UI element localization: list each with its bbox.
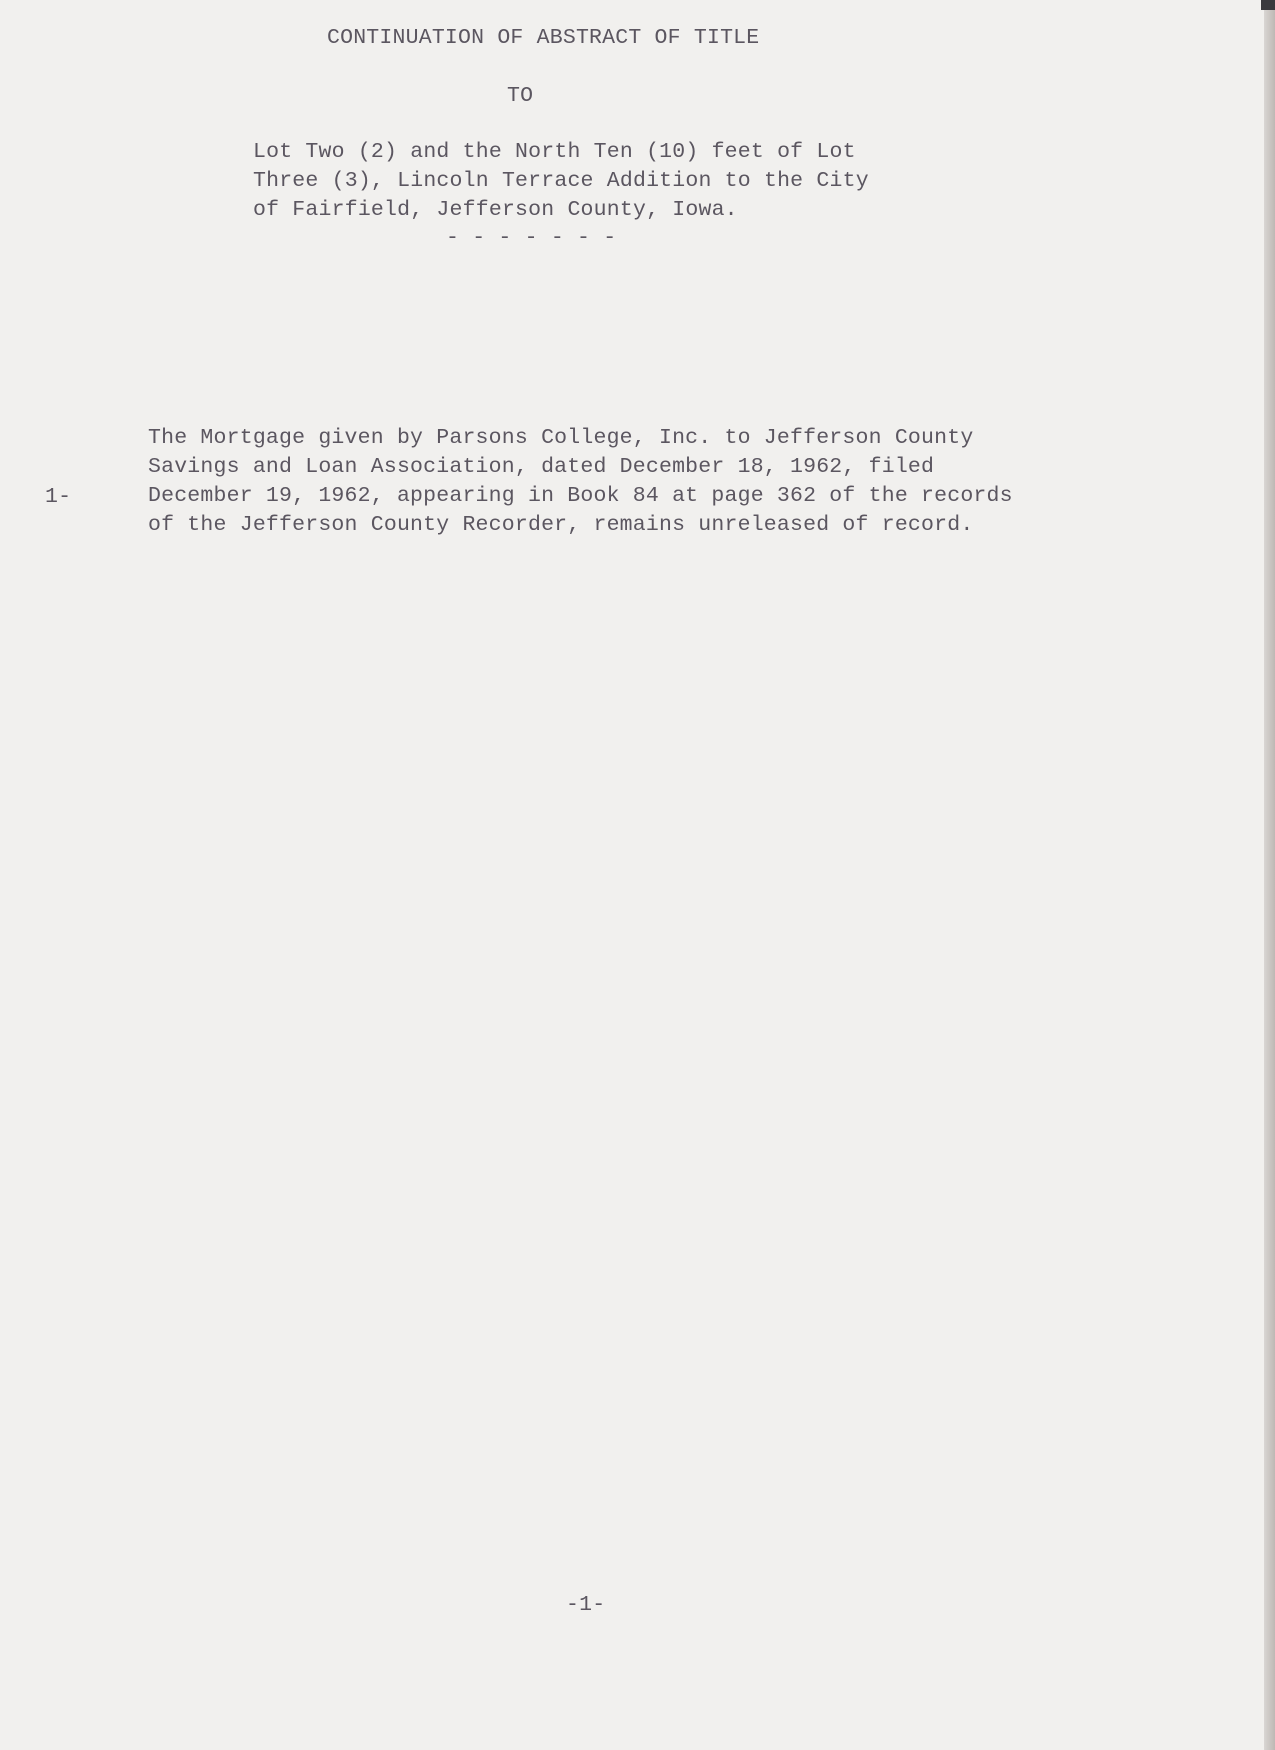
document-page: CONTINUATION OF ABSTRACT OF TITLE TO Lot…	[0, 0, 1264, 1750]
property-description-line: Lot Two (2) and the North Ten (10) feet …	[253, 142, 856, 164]
entry-text-line: December 19, 1962, appearing in Book 84 …	[148, 486, 1013, 508]
to-label: TO	[507, 86, 533, 108]
scan-corner	[1261, 0, 1275, 10]
entry-number: 1-	[45, 487, 71, 509]
separator-dashes: - - - - - - -	[446, 228, 616, 250]
entry-text-line: Savings and Loan Association, dated Dece…	[148, 457, 934, 479]
entry-text-line: The Mortgage given by Parsons College, I…	[148, 428, 973, 450]
entry-text-line: of the Jefferson County Recorder, remain…	[148, 515, 973, 537]
property-description-line: of Fairfield, Jefferson County, Iowa.	[253, 200, 738, 222]
property-description-line: Three (3), Lincoln Terrace Addition to t…	[253, 171, 869, 193]
paper-edge	[1264, 0, 1275, 1750]
page-number: -1-	[566, 1595, 605, 1617]
document-heading: CONTINUATION OF ABSTRACT OF TITLE	[327, 28, 759, 50]
